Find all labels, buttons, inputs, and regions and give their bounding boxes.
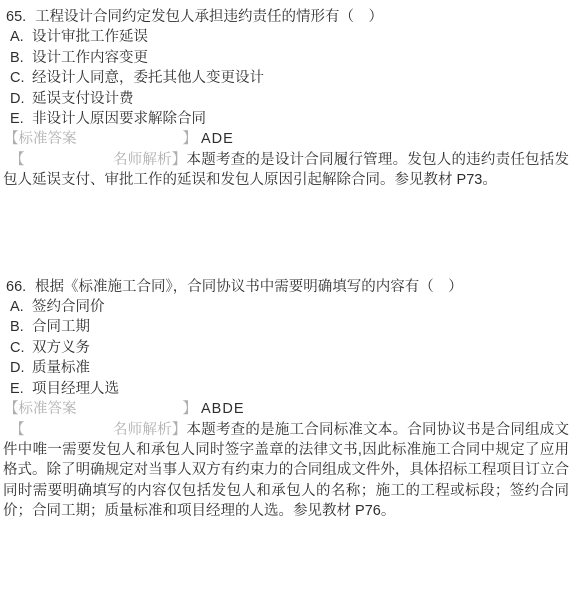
- standard-answer-line: 【标准答案】ADE: [0, 129, 572, 149]
- standard-answer-label: 【标准答案: [4, 401, 77, 417]
- analysis-open-bracket: 【: [10, 152, 25, 168]
- option-text: 质量标准: [32, 360, 90, 376]
- analysis-text: 本题考查的是施工合同标准文本。合同协议书是合同组成文件中唯一需要发包人和承包人同…: [3, 422, 569, 520]
- exam-document-page: 65.工程设计合同约定发包人承担违约责任的情形有（ ） A.设计审批工作延误 B…: [0, 0, 572, 590]
- analysis-text: 本题考查的是设计合同履行管理。发包人的违约责任包括发包人延误支付、审批工作的延误…: [3, 152, 569, 188]
- option-item-b: B.合同工期: [0, 317, 572, 337]
- option-letter: C.: [10, 338, 32, 358]
- analysis-label: 名师解析】: [113, 152, 187, 168]
- question-block-66: 66.根据《标准施工合同》，合同协议书中需要明确填写的内容有（ ） A.签约合同…: [0, 277, 572, 522]
- option-text: 设计工作内容变更: [32, 50, 148, 66]
- option-text: 非设计人原因要求解除合同: [32, 111, 206, 127]
- option-letter: B.: [10, 48, 32, 68]
- option-item-a: A.设计审批工作延误: [0, 27, 572, 47]
- option-letter: D.: [10, 89, 32, 109]
- analysis-paragraph: 【名师解析】本题考查的是设计合同履行管理。发包人的违约责任包括发包人延误支付、审…: [0, 150, 572, 191]
- option-item-a: A.签约合同价: [0, 297, 572, 317]
- question-stem: 65.工程设计合同约定发包人承担违约责任的情形有（ ）: [0, 7, 572, 27]
- option-letter: A.: [10, 297, 32, 317]
- answer-close-bracket: 】: [183, 131, 198, 147]
- option-item-e: E.项目经理人选: [0, 379, 572, 399]
- option-letter: E.: [10, 379, 32, 399]
- option-text: 经设计人同意，委托其他人变更设计: [32, 70, 264, 86]
- question-stem-text: 工程设计合同约定发包人承担违约责任的情形有（ ）: [35, 9, 383, 25]
- question-stem: 66.根据《标准施工合同》，合同协议书中需要明确填写的内容有（ ）: [0, 277, 572, 297]
- option-letter: E.: [10, 109, 32, 129]
- question-stem-text: 根据《标准施工合同》，合同协议书中需要明确填写的内容有（ ）: [35, 279, 463, 295]
- analysis-label: 名师解析】: [113, 422, 187, 438]
- option-item-d: D.延误支付设计费: [0, 89, 572, 109]
- question-block-65: 65.工程设计合同约定发包人承担违约责任的情形有（ ） A.设计审批工作延误 B…: [0, 0, 572, 191]
- standard-answer-label: 【标准答案: [4, 131, 77, 147]
- option-letter: C.: [10, 68, 32, 88]
- analysis-open-bracket: 【: [10, 422, 25, 438]
- option-item-e: E.非设计人原因要求解除合同: [0, 109, 572, 129]
- standard-answer-value: ADE: [201, 131, 234, 147]
- option-text: 设计审批工作延误: [32, 29, 148, 45]
- option-text: 合同工期: [32, 319, 90, 335]
- answer-close-bracket: 】: [183, 401, 198, 417]
- question-number: 66.: [6, 277, 35, 297]
- option-text: 项目经理人选: [32, 381, 119, 397]
- option-item-b: B.设计工作内容变更: [0, 48, 572, 68]
- option-text: 延误支付设计费: [32, 91, 134, 107]
- option-letter: B.: [10, 317, 32, 337]
- analysis-paragraph: 【名师解析】本题考查的是施工合同标准文本。合同协议书是合同组成文件中唯一需要发包…: [0, 420, 572, 522]
- question-number: 65.: [6, 7, 35, 27]
- option-text: 双方义务: [32, 340, 90, 356]
- option-letter: A.: [10, 27, 32, 47]
- option-item-d: D.质量标准: [0, 358, 572, 378]
- option-letter: D.: [10, 358, 32, 378]
- standard-answer-line: 【标准答案】ABDE: [0, 399, 572, 419]
- standard-answer-value: ABDE: [201, 401, 245, 417]
- option-item-c: C.经设计人同意，委托其他人变更设计: [0, 68, 572, 88]
- option-item-c: C.双方义务: [0, 338, 572, 358]
- option-text: 签约合同价: [32, 299, 105, 315]
